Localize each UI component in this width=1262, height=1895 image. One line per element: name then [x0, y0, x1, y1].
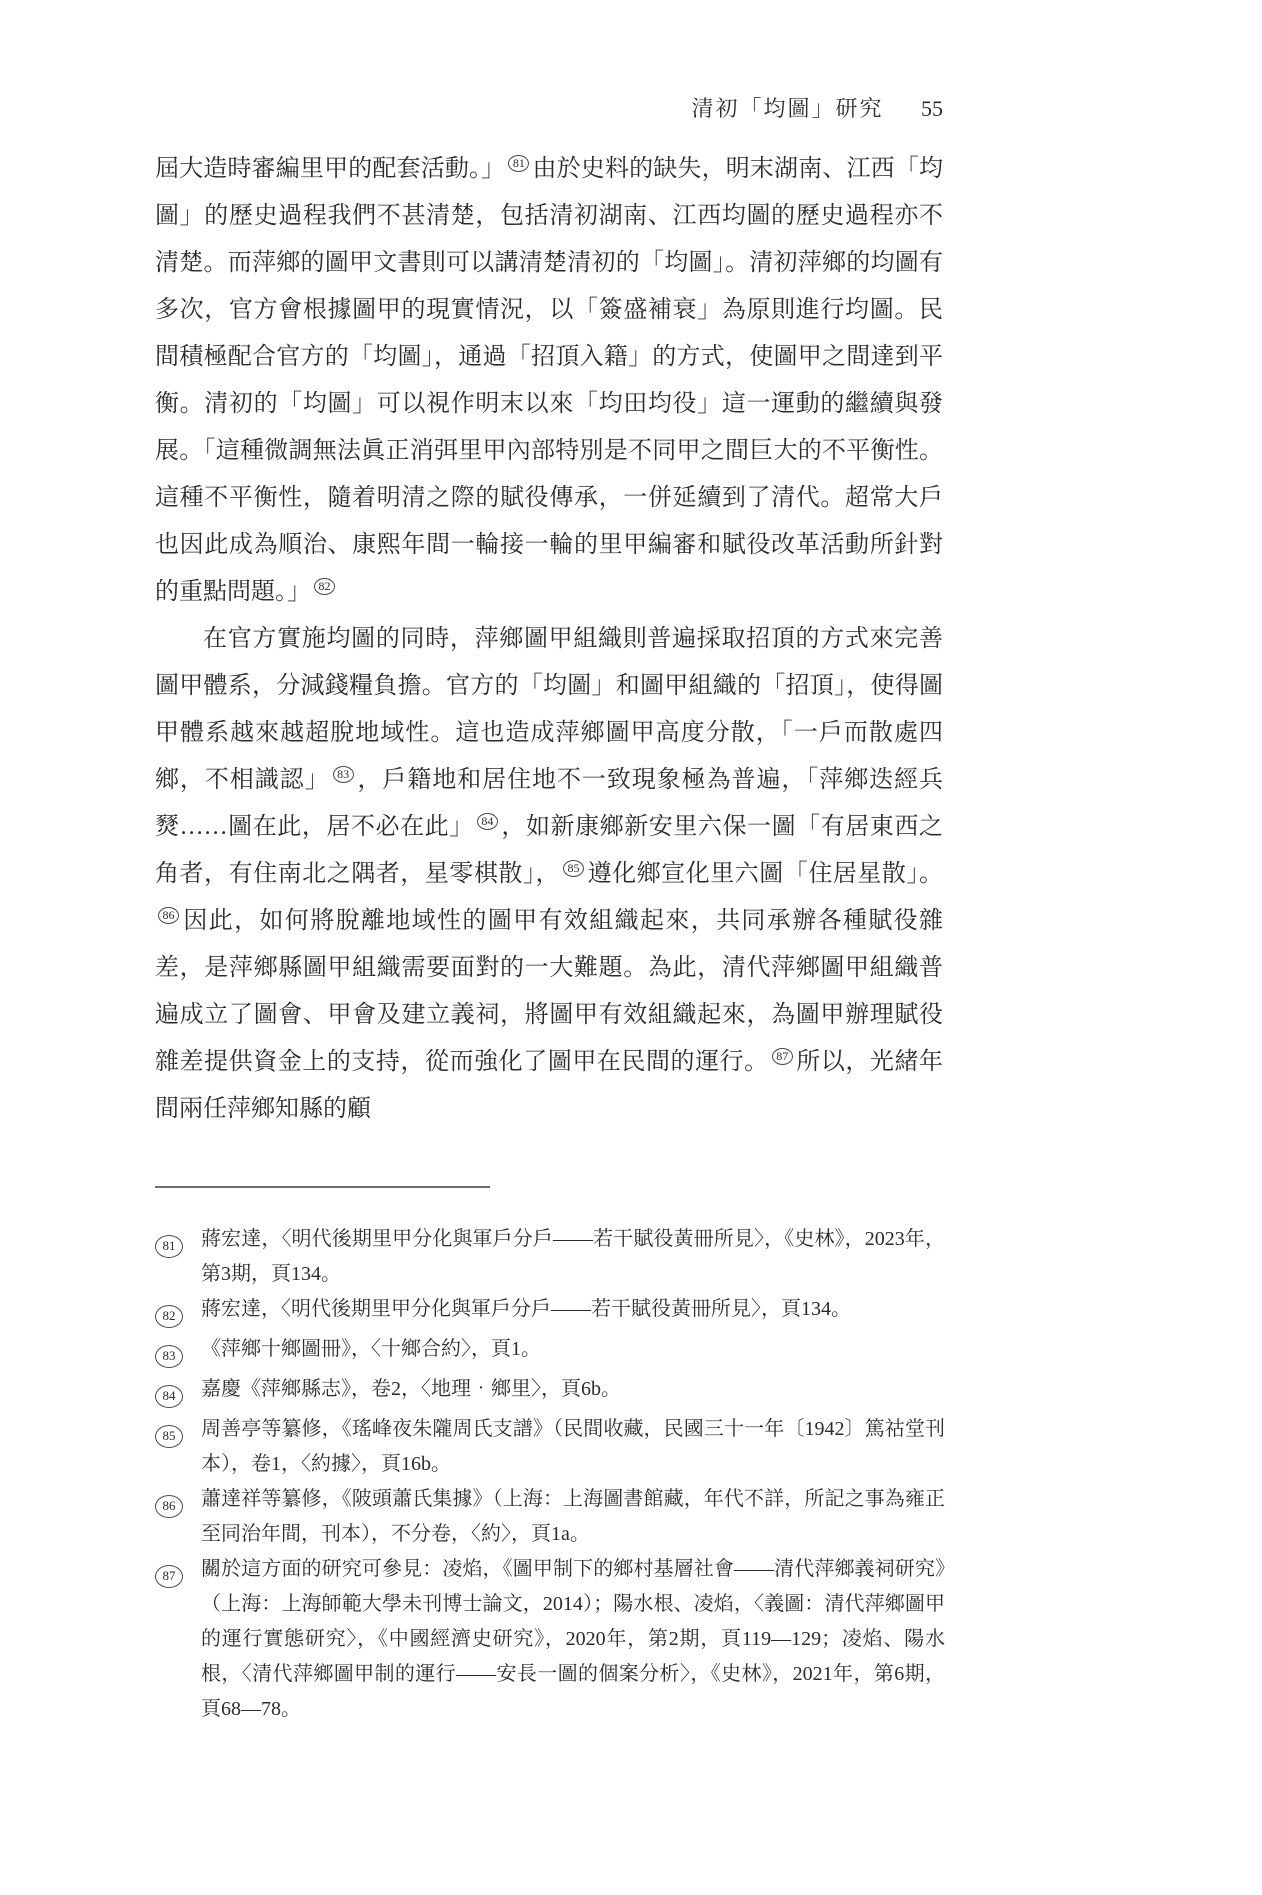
- footnote-text: 關於這方面的研究可參見：凌焰，《圖甲制下的鄉村基層社會——清代萍鄉義祠研究》（上…: [201, 1552, 945, 1727]
- footnote-text: 嘉慶《萍鄉縣志》，卷2，〈地理‧鄉里〉，頁6b。: [201, 1372, 945, 1407]
- footnote-text: 蔣宏達，〈明代後期里甲分化與軍戶分戶——若干賦役黃冊所見〉，頁134。: [201, 1292, 945, 1327]
- footnote-number: 87: [155, 1552, 201, 1592]
- footnote-item: 85周善亭等纂修，《瑤峰夜朱隴周氏支譜》（民間收藏，民國三十一年〔1942〕篤祜…: [155, 1412, 945, 1482]
- footnote-number: 84: [155, 1372, 201, 1412]
- text-run: 屆大造時審編里甲的配套活動。」: [155, 156, 505, 182]
- footnote-list: 81蔣宏達，〈明代後期里甲分化與軍戶分戶——若干賦役黃冊所見〉，《史林》，202…: [155, 1222, 945, 1727]
- footnote-item: 82蔣宏達，〈明代後期里甲分化與軍戶分戶——若干賦役黃冊所見〉，頁134。: [155, 1292, 945, 1332]
- footnote-ref: 85: [563, 860, 584, 877]
- footnote-number: 83: [155, 1332, 201, 1372]
- footnote-item: 87關於這方面的研究可參見：凌焰，《圖甲制下的鄉村基層社會——清代萍鄉義祠研究》…: [155, 1552, 945, 1727]
- page-number: 55: [921, 96, 943, 121]
- footnote-number-badge: 83: [155, 1345, 183, 1368]
- footnote-number-badge: 82: [155, 1305, 183, 1328]
- paragraph: 屆大造時審編里甲的配套活動。」81由於史料的缺失，明末湖南、江西「均圖」的歷史過…: [155, 146, 943, 616]
- running-header: 清初「均圖」研究 55: [155, 92, 943, 123]
- footnote-text: 蔣宏達，〈明代後期里甲分化與軍戶分戶——若干賦役黃冊所見〉，《史林》，2023年…: [201, 1222, 945, 1292]
- footnote-item: 81蔣宏達，〈明代後期里甲分化與軍戶分戶——若干賦役黃冊所見〉，《史林》，202…: [155, 1222, 945, 1292]
- footnotes-area: 81蔣宏達，〈明代後期里甲分化與軍戶分戶——若干賦役黃冊所見〉，《史林》，202…: [155, 1186, 945, 1727]
- footnote-text: 《萍鄉十鄉圖冊》，〈十鄉合約〉，頁1。: [201, 1332, 945, 1367]
- body-text: 屆大造時審編里甲的配套活動。」81由於史料的缺失，明末湖南、江西「均圖」的歷史過…: [155, 146, 943, 1133]
- footnote-ref: 81: [508, 155, 529, 172]
- footnote-ref: 86: [158, 907, 179, 924]
- footnote-number-badge: 81: [155, 1235, 183, 1258]
- footnote-number-badge: 85: [155, 1425, 183, 1448]
- footnote-number: 81: [155, 1222, 201, 1262]
- footnote-number-badge: 87: [155, 1565, 183, 1588]
- footnote-text: 周善亭等纂修，《瑤峰夜朱隴周氏支譜》（民間收藏，民國三十一年〔1942〕篤祜堂刊…: [201, 1412, 945, 1482]
- footnote-ref: 87: [772, 1048, 793, 1065]
- footnote-number-badge: 84: [155, 1385, 183, 1408]
- paragraph: 在官方實施均圖的同時，萍鄉圖甲組織則普遍採取招頂的方式來完善圖甲體系，分減錢糧負…: [155, 616, 943, 1133]
- footnote-number: 85: [155, 1412, 201, 1452]
- footnote-ref: 83: [333, 766, 354, 783]
- text-run: 遵化鄉宣化里六圖「住居星散」。: [587, 861, 943, 887]
- footnote-number: 86: [155, 1482, 201, 1522]
- footnote-item: 84嘉慶《萍鄉縣志》，卷2，〈地理‧鄉里〉，頁6b。: [155, 1372, 945, 1412]
- footnote-number: 82: [155, 1292, 201, 1332]
- footnote-item: 83《萍鄉十鄉圖冊》，〈十鄉合約〉，頁1。: [155, 1332, 945, 1372]
- book-page: 清初「均圖」研究 55 屆大造時審編里甲的配套活動。」81由於史料的缺失，明末湖…: [0, 0, 1262, 1895]
- footnote-number-badge: 86: [155, 1495, 183, 1518]
- footnote-divider: [155, 1186, 490, 1188]
- text-run: 由於史料的缺失，明末湖南、江西「均圖」的歷史過程我們不甚清楚，包括清初湖南、江西…: [155, 156, 943, 605]
- footnote-item: 86蕭達祥等纂修，《陂頭蕭氏集據》（上海：上海圖書館藏，年代不詳，所記之事為雍正…: [155, 1482, 945, 1552]
- running-title: 清初「均圖」研究: [691, 96, 883, 121]
- footnote-ref: 84: [477, 813, 498, 830]
- footnote-ref: 82: [314, 578, 335, 595]
- footnote-text: 蕭達祥等纂修，《陂頭蕭氏集據》（上海：上海圖書館藏，年代不詳，所記之事為雍正至同…: [201, 1482, 945, 1552]
